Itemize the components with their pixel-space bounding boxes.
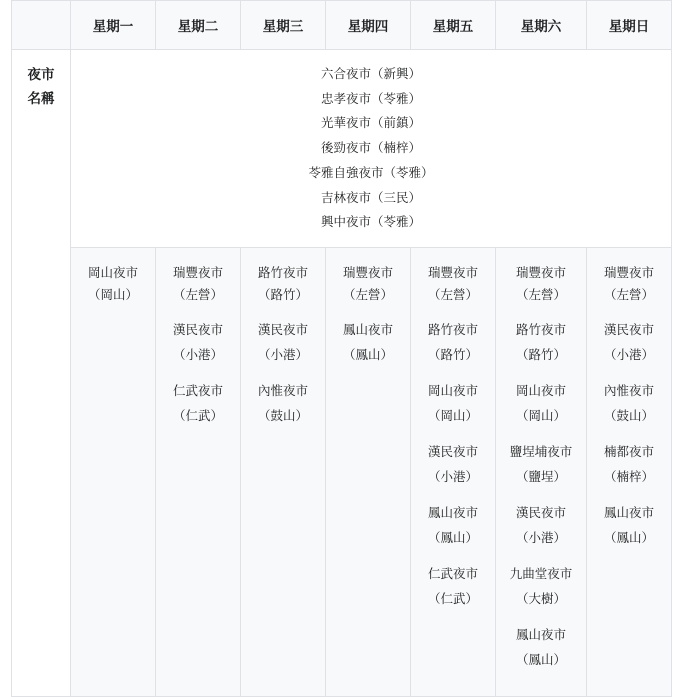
thursday-cell: 瑞豐夜市 （左營） 鳳山夜市 （鳳山） [326,248,411,685]
market-item: 漢民夜市 （小港） [241,317,325,367]
market-item: 岡山夜市 （岡山） [411,378,495,428]
tuesday-cell: 瑞豐夜市 （左營） 漢民夜市 （小港） 仁武夜市 （仁武） [156,248,241,685]
market-name: 瑞豐夜市 [411,262,495,284]
everyday-market: 光華夜市（前鎮） [71,111,671,136]
friday-cell: 瑞豐夜市 （左營） 路竹夜市 （路竹） 岡山夜市 （岡山） 漢民夜市 （小港） [411,248,496,685]
market-item: 漢民夜市 （小港） [156,317,240,367]
sunday-cell: 瑞豐夜市 （左營） 漢民夜市 （小港） 內惟夜市 （鼓山） 楠都夜市 （楠梓） [587,248,672,685]
market-name: 岡山夜市 [411,378,495,403]
market-name: 岡山夜市 [496,378,586,403]
market-item: 九曲堂夜市 （大樹） [496,561,586,611]
market-area: （鳳山） [587,525,671,550]
header-thursday: 星期四 [326,1,411,50]
header-wednesday: 星期三 [241,1,326,50]
market-item: 鳳山夜市 （鳳山） [587,500,671,550]
market-area: （岡山） [71,284,155,306]
market-name: 岡山夜市 [71,262,155,284]
market-area: （左營） [326,284,410,306]
market-item: 路竹夜市 （路竹） [241,262,325,306]
header-monday: 星期一 [71,1,156,50]
market-area: （鹽埕） [496,464,586,489]
market-area: （路竹） [241,284,325,306]
market-name: 漢民夜市 [156,317,240,342]
market-item: 瑞豐夜市 （左營） [496,262,586,306]
market-item: 瑞豐夜市 （左營） [587,262,671,306]
market-area: （左營） [156,284,240,306]
monday-cell: 岡山夜市 （岡山） [71,248,156,685]
market-item: 路竹夜市 （路竹） [496,317,586,367]
market-area: （岡山） [496,403,586,428]
market-area: （仁武） [156,403,240,428]
everyday-market: 後勁夜市（楠梓） [71,136,671,161]
market-area: （仁武） [411,586,495,611]
market-name: 鹽埕埔夜市 [496,439,586,464]
market-name: 內惟夜市 [241,378,325,403]
market-area: （岡山） [411,403,495,428]
header-tuesday: 星期二 [156,1,241,50]
market-item: 瑞豐夜市 （左營） [411,262,495,306]
market-item: 岡山夜市 （岡山） [71,262,155,306]
market-area: （小港） [587,342,671,367]
everyday-market: 興中夜市（苓雅） [71,210,671,235]
market-area: （鳳山） [411,525,495,550]
market-name: 楠都夜市 [587,439,671,464]
market-area: （左營） [496,284,586,306]
market-item: 漢民夜市 （小港） [411,439,495,489]
everyday-markets-cell: 六合夜市（新興） 忠孝夜市（苓雅） 光華夜市（前鎮） 後勁夜市（楠梓） 苓雅自強… [71,50,672,248]
market-area: （鼓山） [241,403,325,428]
market-area: （小港） [241,342,325,367]
market-item: 仁武夜市 （仁武） [411,561,495,611]
market-name: 瑞豐夜市 [587,262,671,284]
header-row: 星期一 星期二 星期三 星期四 星期五 星期六 星期日 [12,1,672,50]
market-area: （小港） [411,464,495,489]
everyday-market: 六合夜市（新興） [71,62,671,87]
market-name: 漢民夜市 [241,317,325,342]
market-item: 岡山夜市 （岡山） [496,378,586,428]
market-name: 仁武夜市 [411,561,495,586]
market-item: 漢民夜市 （小港） [587,317,671,367]
market-name: 瑞豐夜市 [326,262,410,284]
market-area: （左營） [587,284,671,306]
market-name: 內惟夜市 [587,378,671,403]
everyday-market: 苓雅自強夜市（苓雅） [71,161,671,186]
market-name: 路竹夜市 [241,262,325,284]
market-name: 漢民夜市 [411,439,495,464]
market-area: （大樹） [496,586,586,611]
row-header-line2: 名稱 [12,87,70,111]
schedule-table: 星期一 星期二 星期三 星期四 星期五 星期六 星期日 夜市 名稱 六合夜市（新… [11,0,672,684]
market-item: 鹽埕埔夜市 （鹽埕） [496,439,586,489]
market-item: 鳳山夜市 （鳳山） [411,500,495,550]
market-name: 鳳山夜市 [326,317,410,342]
row-header-line1: 夜市 [12,63,70,87]
market-name: 漢民夜市 [587,317,671,342]
market-name: 路竹夜市 [496,317,586,342]
market-item: 仁武夜市 （仁武） [156,378,240,428]
market-name: 九曲堂夜市 [496,561,586,586]
market-name: 仁武夜市 [156,378,240,403]
market-name: 瑞豐夜市 [496,262,586,284]
market-item: 瑞豐夜市 （左營） [156,262,240,306]
market-area: （鳳山） [326,342,410,367]
market-item: 瑞豐夜市 （左營） [326,262,410,306]
market-item: 鳳山夜市 （鳳山） [326,317,410,367]
corner-cell [12,1,71,50]
market-item: 楠都夜市 （楠梓） [587,439,671,489]
market-name: 路竹夜市 [411,317,495,342]
market-name: 瑞豐夜市 [156,262,240,284]
market-area: （楠梓） [587,464,671,489]
market-item: 路竹夜市 （路竹） [411,317,495,367]
market-area: （鳳山） [496,647,586,672]
market-area: （小港） [496,525,586,550]
market-name: 鳳山夜市 [496,622,586,647]
header-sunday: 星期日 [587,1,672,50]
by-day-row: 岡山夜市 （岡山） 瑞豐夜市 （左營） 漢民夜市 （小港） 仁武夜市 [12,248,672,685]
market-area: （路竹） [496,342,586,367]
market-item: 內惟夜市 （鼓山） [587,378,671,428]
market-area: （左營） [411,284,495,306]
row-header-market-name: 夜市 名稱 [12,50,71,685]
market-item: 漢民夜市 （小港） [496,500,586,550]
saturday-cell: 瑞豐夜市 （左營） 路竹夜市 （路竹） 岡山夜市 （岡山） 鹽埕埔夜市 （鹽埕） [496,248,587,685]
header-friday: 星期五 [411,1,496,50]
market-area: （路竹） [411,342,495,367]
market-name: 漢民夜市 [496,500,586,525]
everyday-market: 吉林夜市（三民） [71,186,671,211]
header-saturday: 星期六 [496,1,587,50]
market-name: 鳳山夜市 [587,500,671,525]
market-area: （小港） [156,342,240,367]
everyday-row: 夜市 名稱 六合夜市（新興） 忠孝夜市（苓雅） 光華夜市（前鎮） 後勁夜市（楠梓… [12,50,672,248]
market-name: 鳳山夜市 [411,500,495,525]
everyday-market: 忠孝夜市（苓雅） [71,87,671,112]
wednesday-cell: 路竹夜市 （路竹） 漢民夜市 （小港） 內惟夜市 （鼓山） [241,248,326,685]
night-market-schedule: 星期一 星期二 星期三 星期四 星期五 星期六 星期日 夜市 名稱 六合夜市（新… [11,0,672,684]
market-item: 內惟夜市 （鼓山） [241,378,325,428]
market-area: （鼓山） [587,403,671,428]
market-item: 鳳山夜市 （鳳山） [496,622,586,672]
